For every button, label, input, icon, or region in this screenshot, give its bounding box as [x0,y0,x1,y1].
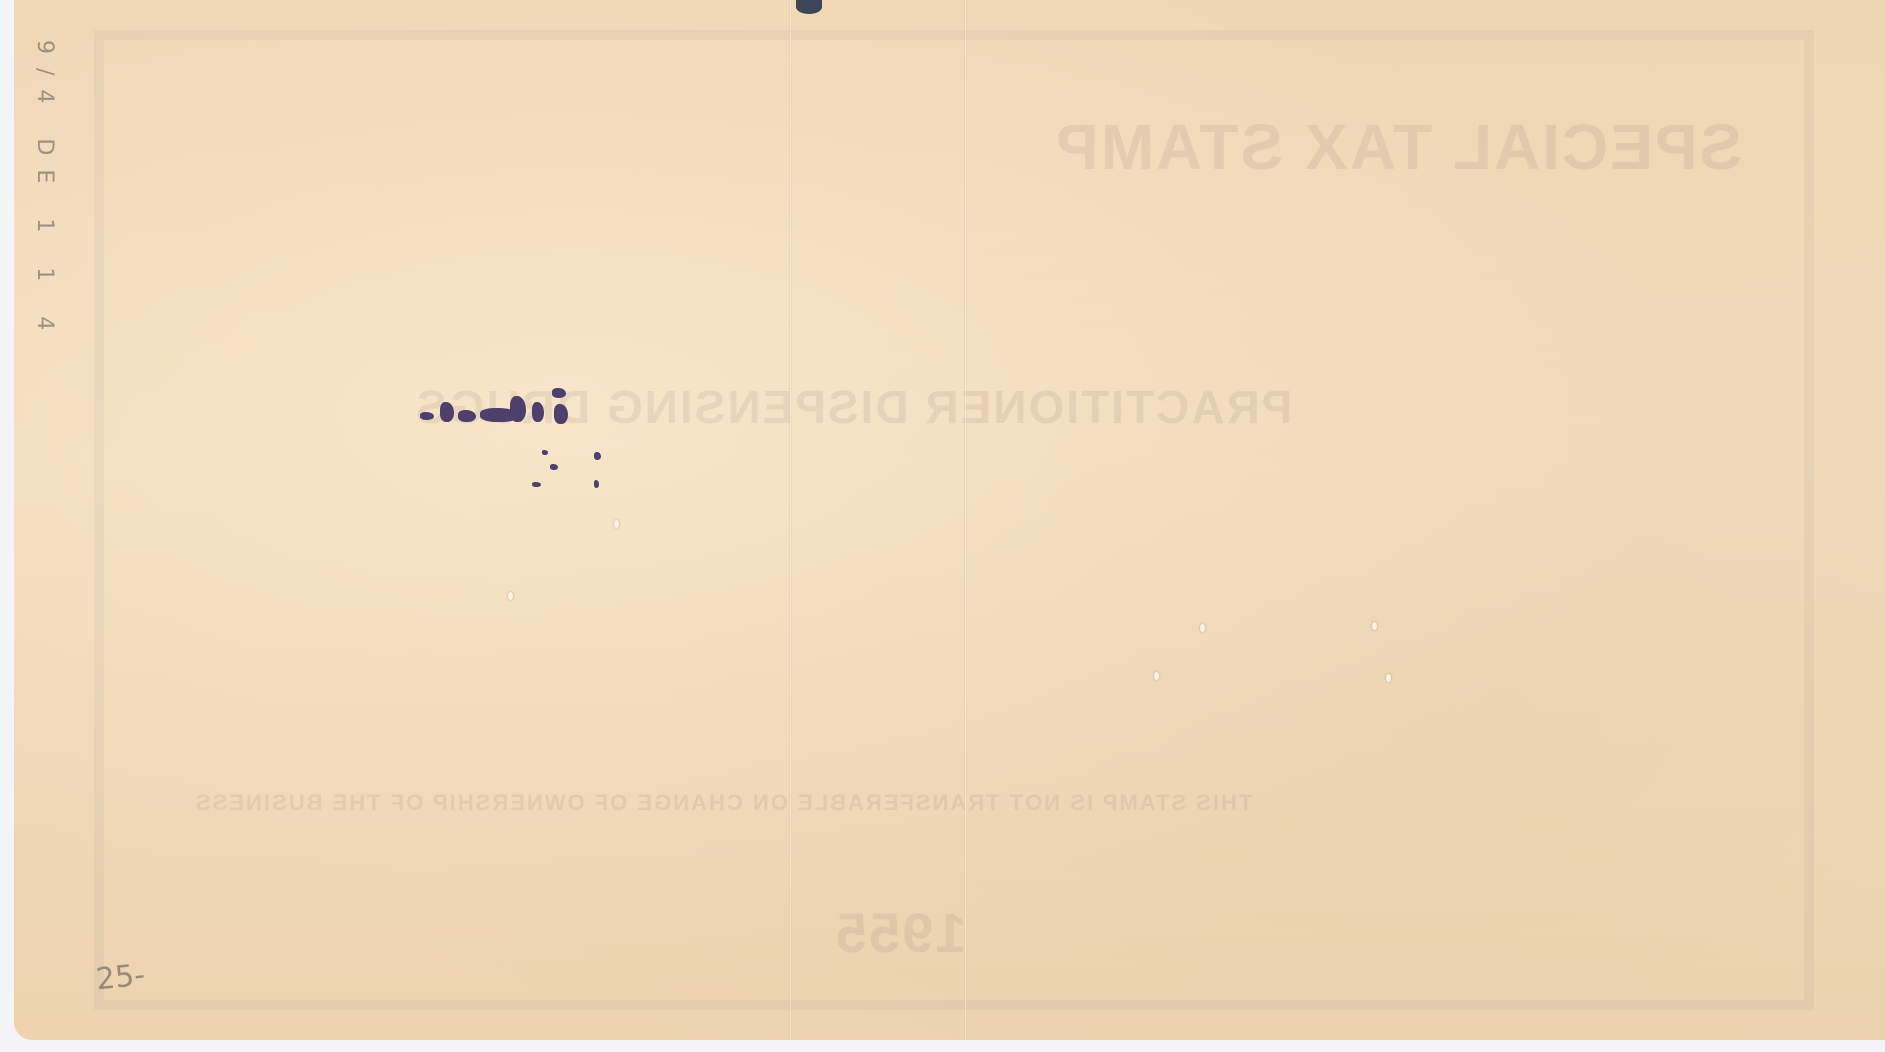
top-tear-mark [796,0,822,14]
price-pencil-note: 25- [94,958,146,998]
ghost-year: 1955 [834,900,967,965]
fold-crease [964,0,967,1040]
ghost-class: PRACTITIONER DISPENSING DRUGS [414,380,1292,434]
ghost-title: SPECIAL TAX STAMP [1054,110,1742,184]
fold-crease [789,0,792,1040]
edge-pencil-note: 9/4 DE 1 1 4 [32,40,57,344]
tax-stamp-reverse: SPECIAL TAX STAMP PRACTITIONER DISPENSIN… [14,0,1885,1040]
ghost-notice: THIS STAMP IS NOT TRANSFERABLE ON CHANGE… [194,790,1252,816]
